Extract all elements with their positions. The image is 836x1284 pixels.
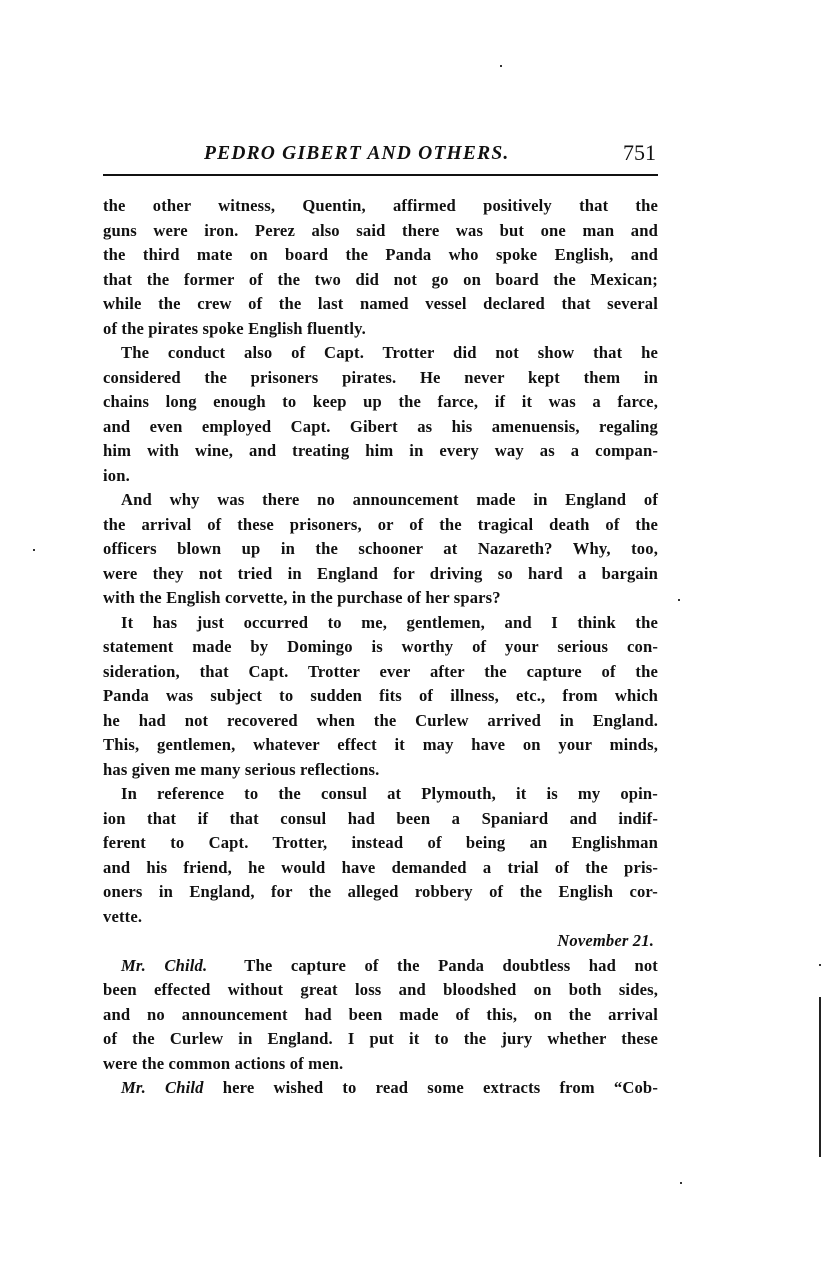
body-text: the other witness, Quentin, affirmed pos…: [103, 194, 658, 1101]
text-line: This, gentlemen, whatever effect it may …: [103, 733, 658, 758]
text-line: him with wine, and treating him in every…: [103, 439, 658, 464]
speech-text: The capture of the Panda doubtless had n…: [244, 956, 658, 975]
text-line: sideration, that Capt. Trotter ever afte…: [103, 660, 658, 685]
text-line: were the common actions of men.: [103, 1052, 658, 1077]
text-line: that the former of the two did not go on…: [103, 268, 658, 293]
text-line: officers blown up in the schooner at Naz…: [103, 537, 658, 562]
text-line: chains long enough to keep up the farce,…: [103, 390, 658, 415]
text-line: were they not tried in England for drivi…: [103, 562, 658, 587]
closing-paragraph: Mr. Child here wished to read some extra…: [103, 1076, 658, 1101]
text-line: guns were iron. Perez also said there wa…: [103, 219, 658, 244]
text-line: with the English corvette, in the purcha…: [103, 586, 658, 611]
header-rule: [103, 174, 658, 176]
text-line: ion.: [103, 464, 658, 489]
text-line: oners in England, for the alleged robber…: [103, 880, 658, 905]
text-line: Mr. Child. The capture of the Panda doub…: [103, 954, 658, 979]
speaker-name: Mr. Child: [121, 1078, 204, 1097]
text-line: the third mate on board the Panda who sp…: [103, 243, 658, 268]
speech-paragraph: Mr. Child. The capture of the Panda doub…: [103, 954, 658, 1077]
text-line: It has just occurred to me, gentlemen, a…: [103, 611, 658, 636]
scan-speck: [680, 1182, 682, 1184]
paragraph-4: It has just occurred to me, gentlemen, a…: [103, 611, 658, 783]
text-line: he had not recovered when the Curlew arr…: [103, 709, 658, 734]
text-line: And why was there no announcement made i…: [103, 488, 658, 513]
text-line: while the crew of the last named vessel …: [103, 292, 658, 317]
text-line: ferent to Capt. Trotter, instead of bein…: [103, 831, 658, 856]
text-line: In reference to the consul at Plymouth, …: [103, 782, 658, 807]
text-line: The conduct also of Capt. Trotter did no…: [103, 341, 658, 366]
paragraph-2: The conduct also of Capt. Trotter did no…: [103, 341, 658, 488]
text-line: the other witness, Quentin, affirmed pos…: [103, 194, 658, 219]
running-title: PEDRO GIBERT AND OTHERS.: [204, 143, 509, 165]
scan-speck: [500, 65, 502, 67]
paragraph-3: And why was there no announcement made i…: [103, 488, 658, 611]
text-line: ion that if that consul had been a Spani…: [103, 807, 658, 832]
text-line: and his friend, he would have demanded a…: [103, 856, 658, 881]
running-header: PEDRO GIBERT AND OTHERS. 751: [103, 140, 658, 170]
scan-speck: [33, 549, 35, 551]
text-line: vette.: [103, 905, 658, 930]
paragraph-5: In reference to the consul at Plymouth, …: [103, 782, 658, 929]
text-line: statement made by Domingo is worthy of y…: [103, 635, 658, 660]
scan-speck: [678, 599, 680, 601]
text-line: and even employed Capt. Gibert as his am…: [103, 415, 658, 440]
scan-speck: [819, 964, 821, 966]
scan-artifact-line: [819, 997, 821, 1157]
text-line: Mr. Child here wished to read some extra…: [103, 1076, 658, 1101]
text-line: and no announcement had been made of thi…: [103, 1003, 658, 1028]
book-page: PEDRO GIBERT AND OTHERS. 751 the other w…: [103, 140, 658, 170]
closing-text: here wished to read some extracts from “…: [223, 1078, 658, 1097]
text-line: Panda was subject to sudden fits of illn…: [103, 684, 658, 709]
speaker-name: Mr. Child.: [121, 956, 207, 975]
text-line: of the Curlew in England. I put it to th…: [103, 1027, 658, 1052]
text-line: been effected without great loss and blo…: [103, 978, 658, 1003]
text-line: has given me many serious reflections.: [103, 758, 658, 783]
text-line: of the pirates spoke English fluently.: [103, 317, 658, 342]
text-line: the arrival of these prisoners, or of th…: [103, 513, 658, 538]
text-line: considered the prisoners pirates. He nev…: [103, 366, 658, 391]
paragraph-1: the other witness, Quentin, affirmed pos…: [103, 194, 658, 341]
page-number: 751: [623, 140, 656, 166]
date-heading: November 21.: [103, 929, 658, 954]
